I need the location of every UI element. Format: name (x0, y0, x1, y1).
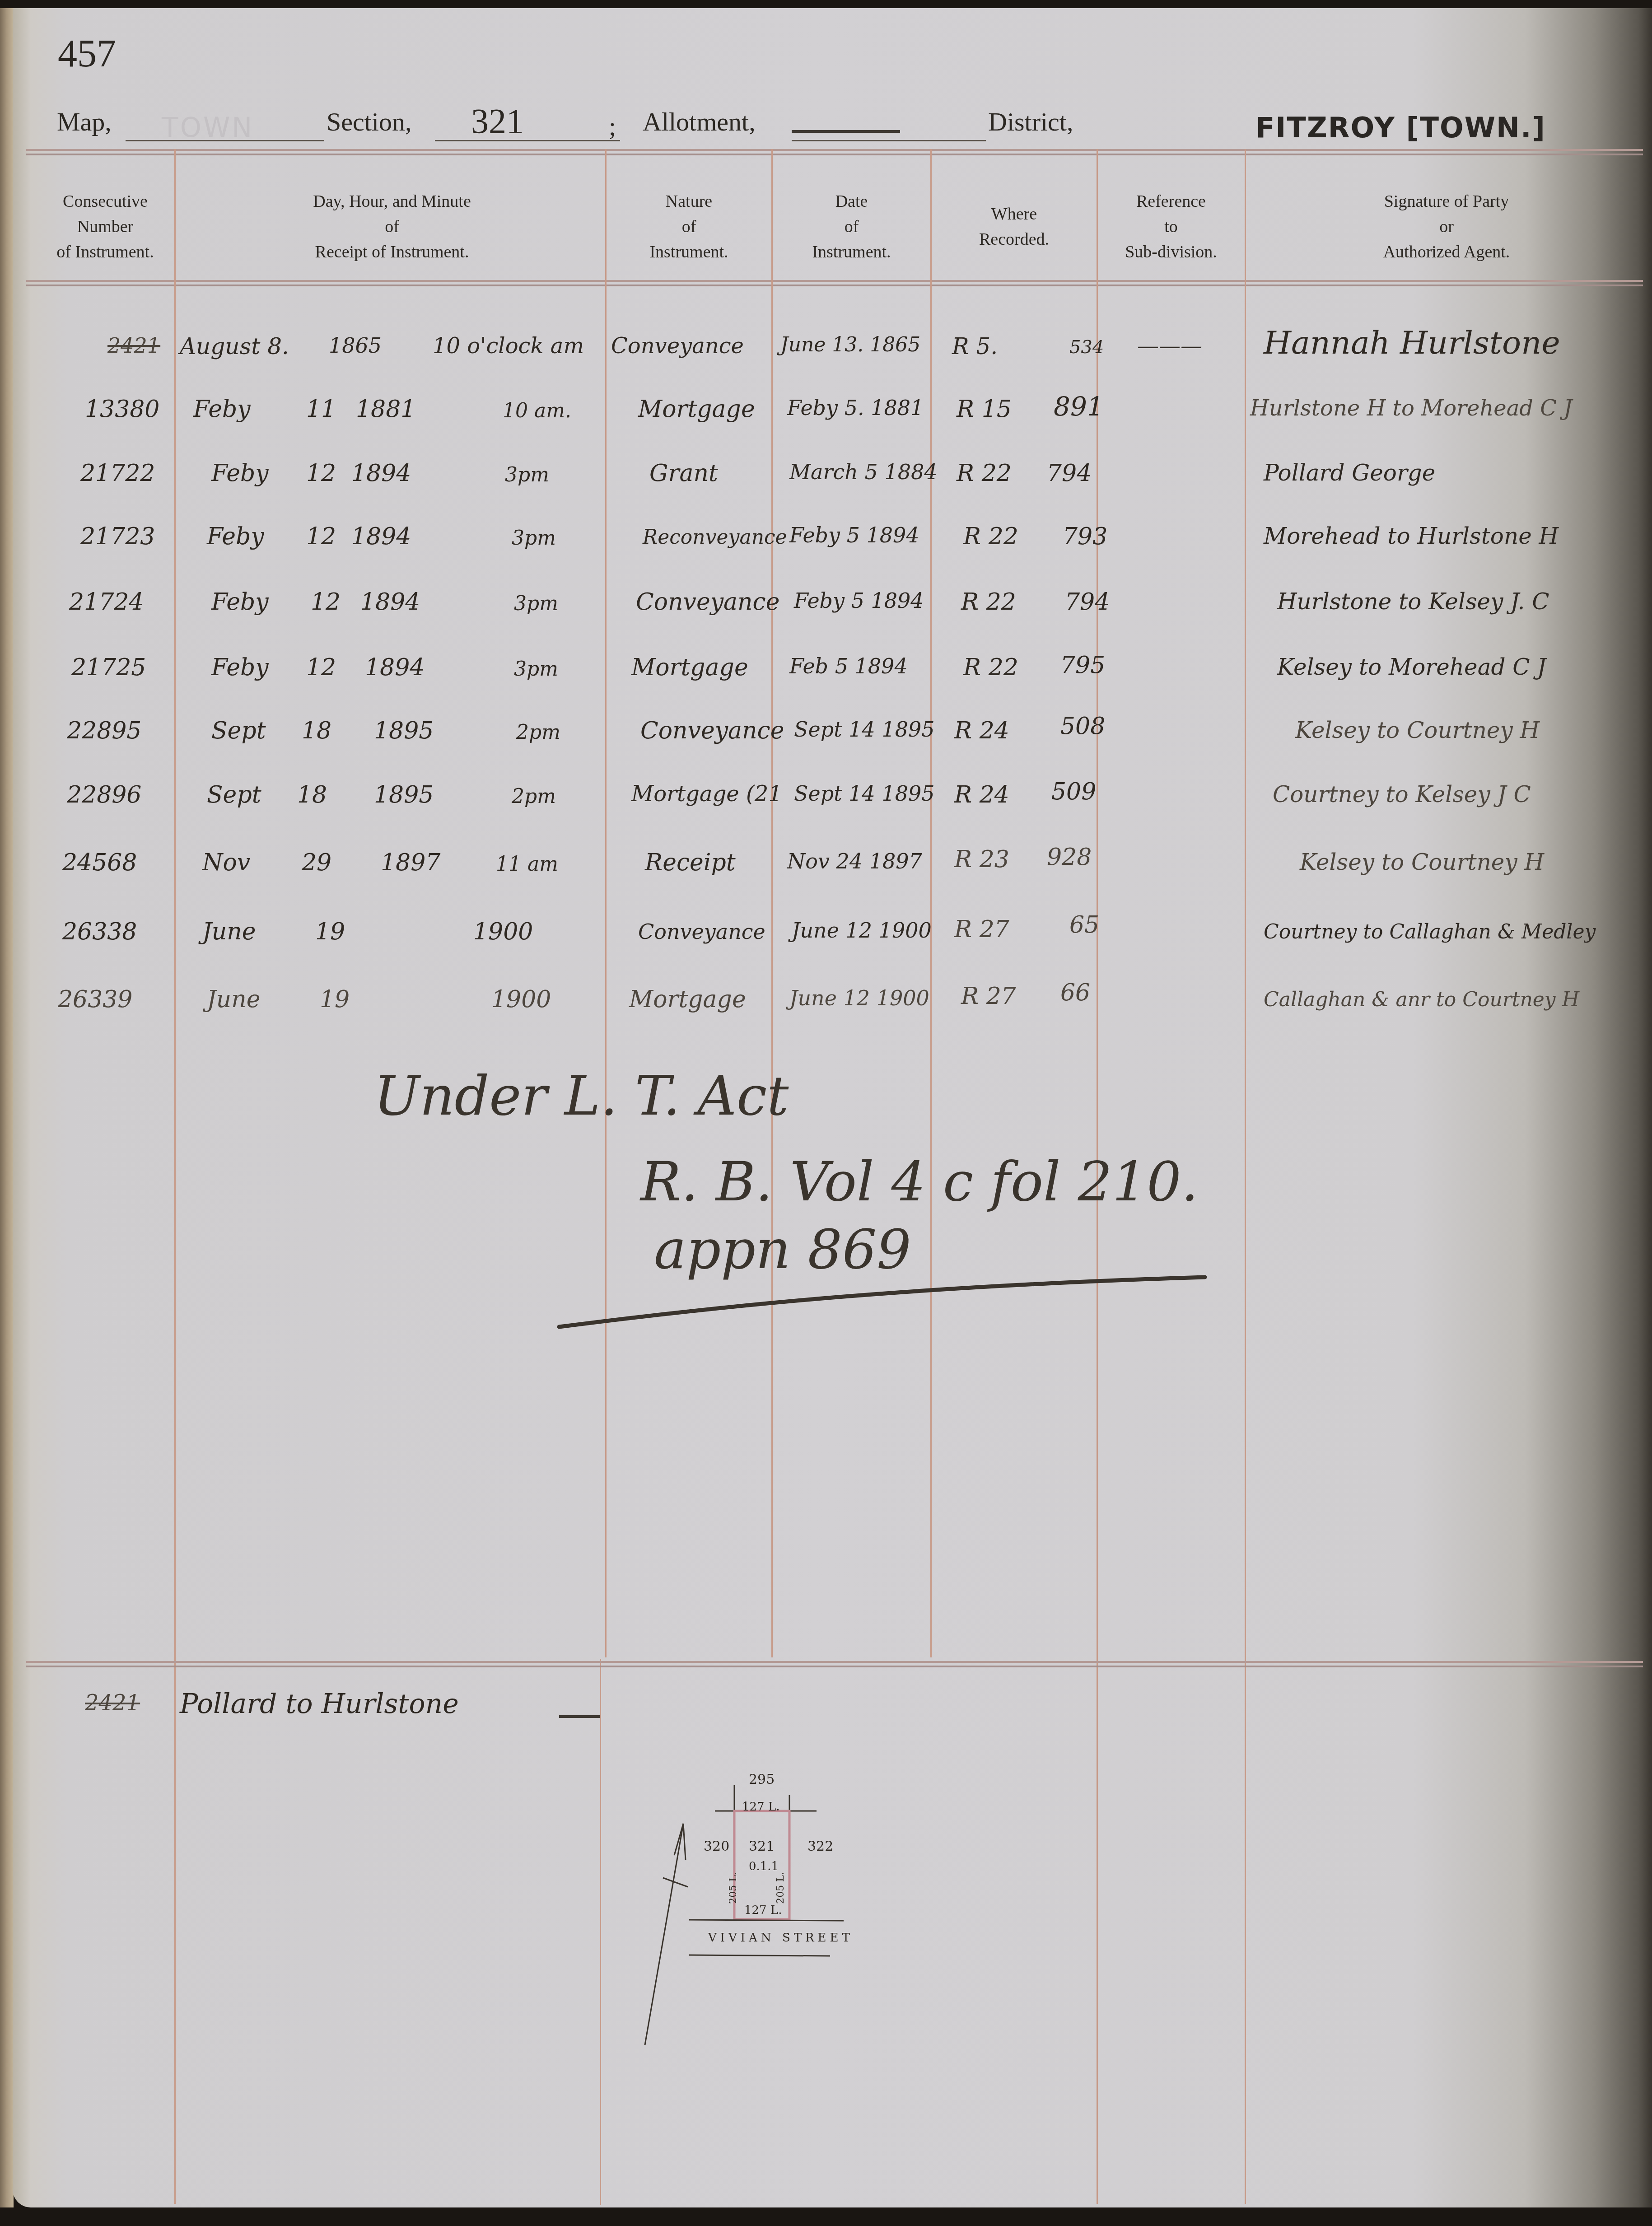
entry-signature: Morehead to Hurlstone H (1264, 523, 1559, 549)
entry-book: R 22 (963, 654, 1018, 681)
entry-folio: 508 (1060, 713, 1105, 740)
plan-right-depth: 205 L. (775, 1872, 786, 1904)
entry-month: Feby (207, 523, 264, 550)
entry-date: March 5 1884 (789, 460, 937, 484)
col-head-receipt: Day, Hour, and MinuteofReceipt of Instru… (184, 189, 600, 265)
entry-nature: Conveyance (636, 588, 780, 616)
entry-book: R 22 (957, 460, 1012, 487)
entry-year: 1900 (491, 986, 551, 1013)
entry-number: 26338 (62, 918, 137, 945)
entry-number: 22896 (67, 781, 141, 808)
entry-number: 21723 (80, 523, 155, 550)
annotation-line-2: R. B. Vol 4 c fol 210. (640, 1151, 1199, 1213)
header-top-rule (26, 149, 1643, 155)
col-head-reference: ReferencetoSub-division. (1099, 189, 1243, 265)
entry-number: 21722 (80, 460, 155, 487)
entry-day: 19 (320, 986, 350, 1013)
col-head-nature: NatureofInstrument. (609, 189, 769, 265)
lower-section-rule (26, 1661, 1643, 1667)
district-value: FITZROY [TOWN.] (1255, 111, 1546, 144)
entry-book: R 24 (954, 781, 1009, 808)
footer-note-dash (559, 1715, 600, 1718)
entry-month: June (202, 918, 256, 945)
col-head-recorded: WhereRecorded. (934, 201, 1094, 252)
register-page: 457 Map, TOWN Section, 321 ; Allotment, … (13, 8, 1652, 2207)
entry-day: 18 (297, 781, 327, 808)
entry-year: 1865 (329, 333, 382, 358)
entry-signature: Kelsey to Courtney H (1300, 849, 1544, 875)
entry-number: 26339 (58, 986, 132, 1013)
entry-time: 2pm (516, 721, 560, 744)
entry-folio: 793 (1063, 523, 1107, 550)
entry-date: Feby 5. 1881 (787, 396, 924, 420)
entry-signature: Courtney to Callaghan & Medley (1264, 920, 1596, 943)
entry-folio: 509 (1051, 778, 1096, 805)
entry-folio: 794 (1065, 588, 1110, 616)
section-label: Section, (327, 107, 411, 137)
col-rule-2 (605, 149, 607, 1657)
plan-east-neighbor: 322 (807, 1839, 833, 1854)
col-rule-4 (930, 149, 932, 1657)
allotment-label: Allotment, (643, 107, 756, 137)
entry-year: 1894 (351, 460, 411, 487)
col-head-number: ConsecutiveNumberof Instrument. (40, 189, 171, 265)
entry-date: Feby 5 1894 (794, 588, 924, 613)
entry-month: Sept (207, 781, 261, 808)
entry-time: 3pm (514, 658, 558, 681)
entry-month: Feby (211, 460, 269, 487)
entry-year: 1894 (360, 588, 420, 616)
entry-folio: 65 (1069, 911, 1099, 938)
section-value: 321 (471, 101, 524, 141)
annotation-line-1: Under L. T. Act (374, 1065, 789, 1128)
entry-signature: Hurlstone H to Morehead C J (1250, 396, 1573, 421)
entry-book: R 22 (961, 588, 1016, 616)
entry-time: 3pm (505, 463, 549, 486)
entry-year: 1894 (365, 654, 425, 681)
entry-number: 13380 (85, 396, 159, 423)
entry-number: 21724 (69, 588, 144, 616)
book-page-edge (0, 8, 14, 2207)
entry-nature: Conveyance (638, 919, 765, 944)
allotment-blank-line (792, 140, 986, 141)
entry-day: 19 (315, 918, 345, 945)
entry-year: 1894 (351, 523, 411, 550)
entry-day: 29 (302, 849, 331, 876)
entry-signature: Pollard George (1264, 460, 1435, 486)
map-label: Map, (57, 107, 112, 137)
entry-year: 1895 (374, 781, 434, 808)
section-separator: ; (609, 111, 616, 141)
entry-day: 12 (306, 523, 336, 550)
entry-reference: ——— (1137, 333, 1202, 359)
allotment-plan-diagram (636, 1756, 1042, 2072)
entry-date: Feby 5 1894 (789, 523, 919, 547)
entry-number: 24568 (62, 849, 137, 876)
entry-folio: 794 (1047, 460, 1092, 487)
entry-signature: Courtney to Kelsey J C (1273, 781, 1531, 807)
entry-signature: Hannah Hurlstone (1264, 324, 1560, 361)
entry-signature: Callaghan & anr to Courtney H (1264, 988, 1579, 1011)
entry-folio: 534 (1069, 337, 1104, 358)
entry-month: Sept (211, 717, 266, 744)
entry-year: 1900 (473, 918, 533, 945)
entry-signature: Kelsey to Morehead C J (1277, 654, 1546, 680)
entry-nature: Mortgage (629, 986, 746, 1013)
plan-top-frontage: 127 L. (742, 1800, 779, 1814)
entry-book: R 5. (952, 333, 998, 359)
entry-nature: Receipt (645, 849, 736, 876)
entry-month: Feby (211, 588, 269, 616)
allotment-value-dash (792, 130, 900, 133)
entry-date: June 13. 1865 (780, 333, 920, 356)
entry-date: Nov 24 1897 (787, 849, 922, 873)
map-value-faint: TOWN (162, 112, 254, 144)
col-head-date: DateofInstrument. (776, 189, 927, 265)
header-bottom-rule (26, 280, 1643, 286)
entry-time: 2pm (512, 785, 556, 808)
entry-year: 1897 (381, 849, 440, 876)
entry-time: 3pm (512, 527, 556, 550)
entry-time: 3pm (514, 592, 558, 615)
entry-book: R 23 (954, 846, 1009, 873)
entry-day: 18 (302, 717, 331, 744)
plan-bottom-frontage: 127 L. (744, 1904, 782, 1917)
entry-year: 1881 (356, 396, 415, 423)
entry-book: R 22 (963, 523, 1018, 550)
entry-nature: Conveyance (611, 333, 744, 359)
entry-time: 11 am (496, 853, 558, 876)
entry-date: Feb 5 1894 (789, 654, 908, 678)
entry-folio: 928 (1047, 844, 1092, 871)
entry-signature: Hurlstone to Kelsey J. C (1277, 588, 1549, 615)
plan-subject-lot: 321 (749, 1839, 775, 1854)
entry-year: 1895 (374, 717, 434, 744)
footer-note-text: Pollard to Hurlstone (180, 1688, 459, 1720)
entry-folio: 795 (1060, 652, 1105, 679)
entry-number: 2421 (107, 333, 160, 358)
entry-signature: Kelsey to Courtney H (1295, 717, 1540, 743)
entry-nature: Conveyance (640, 717, 784, 744)
entry-month: Nov (202, 849, 250, 876)
entry-month: August 8. (180, 333, 289, 359)
entry-time: 10 am. (503, 399, 571, 422)
plan-north-neighbor: 295 (749, 1772, 775, 1787)
map-blank-line (126, 140, 324, 141)
entry-number: 22895 (67, 717, 141, 744)
entry-day: 11 (306, 396, 336, 423)
annotation-underline (555, 1255, 1214, 1345)
footer-note-number: 2421 (85, 1690, 140, 1716)
entry-day: 12 (306, 654, 336, 681)
entry-date: Sept 14 1895 (794, 781, 935, 806)
col-rule-lower (600, 1659, 601, 2205)
entry-nature: Reconveyance (643, 526, 787, 549)
entry-day: 12 (306, 460, 336, 487)
entry-nature: Mortgage (21 (631, 781, 782, 807)
entry-folio: 891 (1054, 391, 1104, 422)
plan-left-depth: 205 L. (728, 1872, 739, 1904)
entry-date: Sept 14 1895 (794, 717, 935, 742)
entry-month: Feby (211, 654, 269, 681)
entry-nature: Mortgage (638, 396, 755, 423)
plan-street-name: VIVIAN STREET (708, 1931, 854, 1945)
col-head-signature: Signature of PartyorAuthorized Agent. (1250, 189, 1643, 265)
col-rule-3 (771, 149, 773, 1657)
entry-day: 12 (311, 588, 341, 616)
entry-nature: Mortgage (631, 654, 748, 681)
north-arrow-icon (645, 1824, 683, 2045)
entry-date: June 12 1900 (789, 986, 929, 1010)
section-blank-line (435, 140, 620, 141)
entry-folio: 66 (1060, 979, 1090, 1006)
entry-number: 21725 (71, 654, 146, 681)
plan-west-neighbor: 320 (704, 1839, 729, 1854)
plan-area: 0.1.1 (749, 1860, 779, 1873)
district-label: District, (988, 107, 1073, 137)
entry-date: June 12 1900 (792, 918, 932, 943)
entry-book: R 15 (957, 396, 1012, 423)
entry-time: 10 o'clock am (433, 333, 584, 359)
entry-month: June (207, 986, 261, 1013)
col-rule-6 (1245, 149, 1246, 2204)
entry-book: R 24 (954, 717, 1009, 744)
entry-month: Feby (193, 396, 251, 423)
col-rule-1 (174, 149, 176, 2204)
page-number: 457 (58, 31, 116, 76)
entry-nature: Grant (649, 460, 718, 487)
entry-book: R 27 (961, 983, 1016, 1010)
entry-book: R 27 (954, 916, 1009, 943)
